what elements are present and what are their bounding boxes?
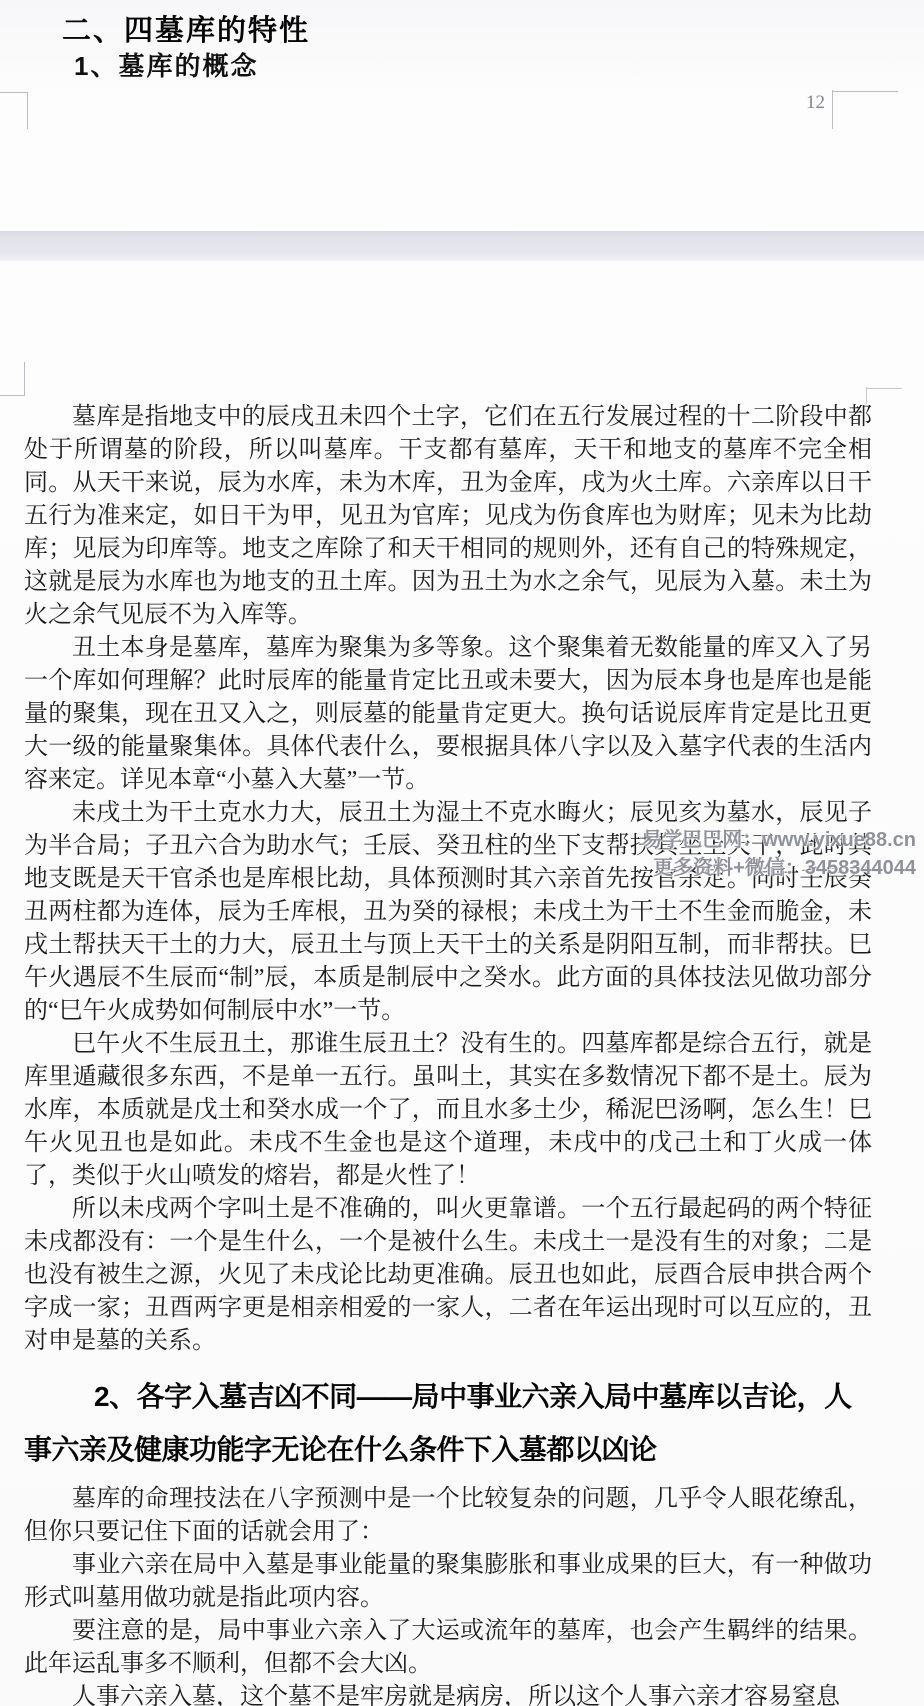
- body-paragraph: 所以未戌两个字叫土是不准确的，叫火更靠谱。一个五行最起码的两个特征未戌都没有：一…: [24, 1193, 872, 1358]
- section1-title: 1、墓库的概念: [74, 46, 258, 83]
- text-boundary-mark: [866, 388, 902, 389]
- section2-heading-line2: 事六亲及健康功能字无论在什么条件下入墓都以凶论: [24, 1423, 872, 1476]
- text-boundary-mark: [832, 90, 833, 129]
- watermark-site-line: 易学巴巴网：www.yixue88.cn: [642, 826, 916, 854]
- page-number: 12: [806, 92, 825, 114]
- body-paragraph: 墓库的命理技法在八字预测中是一个比较复杂的问题，几乎令人眼花缭乱，但你只要记住下…: [24, 1483, 872, 1549]
- chapter-title: 二、四墓库的特性: [62, 8, 310, 49]
- text-boundary-mark: [832, 91, 898, 92]
- scanned-document-page: { "page": { "number": "12" }, "headings"…: [0, 0, 924, 1706]
- watermark-wechat-line: 更多资料+微信：3458344044: [642, 854, 916, 882]
- body-paragraph: 墓库是指地支中的辰戌丑未四个土字，它们在五行发展过程的十二阶段中都处于所谓墓的阶…: [24, 401, 872, 632]
- body-paragraph: 人事六亲入墓，这个墓不是牢房就是病房，所以这个人事六亲才容易窒息: [24, 1681, 872, 1706]
- text-boundary-mark: [0, 395, 25, 396]
- body-paragraph: 巳午火不生辰丑土，那谁生辰丑土？没有生的。四墓库都是综合五行，就是库里遁藏很多东…: [24, 1028, 872, 1193]
- text-boundary-mark: [27, 92, 28, 129]
- section2-paragraphs: 墓库的命理技法在八字预测中是一个比较复杂的问题，几乎令人眼花缭乱，但你只要记住下…: [24, 1483, 872, 1706]
- section2-heading: 2、各字入墓吉凶不同——局中事业六亲入局中墓库以吉论，人 事六亲及健康功能字无论…: [24, 1370, 872, 1476]
- text-boundary-mark: [0, 92, 27, 93]
- page-break-band: [0, 231, 924, 261]
- body-paragraph: 丑土本身是墓库，墓库为聚集为多等象。这个聚集着无数能量的库又入了另一个库如何理解…: [24, 632, 872, 797]
- document-body: 墓库是指地支中的辰戌丑未四个土字，它们在五行发展过程的十二阶段中都处于所谓墓的阶…: [24, 401, 872, 1706]
- text-boundary-mark: [24, 362, 25, 396]
- section2-heading-line1: 2、各字入墓吉凶不同——局中事业六亲入局中墓库以吉论，人: [24, 1370, 872, 1423]
- body-paragraph: 事业六亲在局中入墓是事业能量的聚集膨胀和事业成果的巨大，有一种做功形式叫墓用做功…: [24, 1549, 872, 1615]
- watermark: 易学巴巴网：www.yixue88.cn 更多资料+微信：3458344044: [642, 826, 916, 882]
- body-paragraph: 要注意的是，局中事业六亲入了大运或流年的墓库，也会产生羁绊的结果。此年运乱事多不…: [24, 1615, 872, 1681]
